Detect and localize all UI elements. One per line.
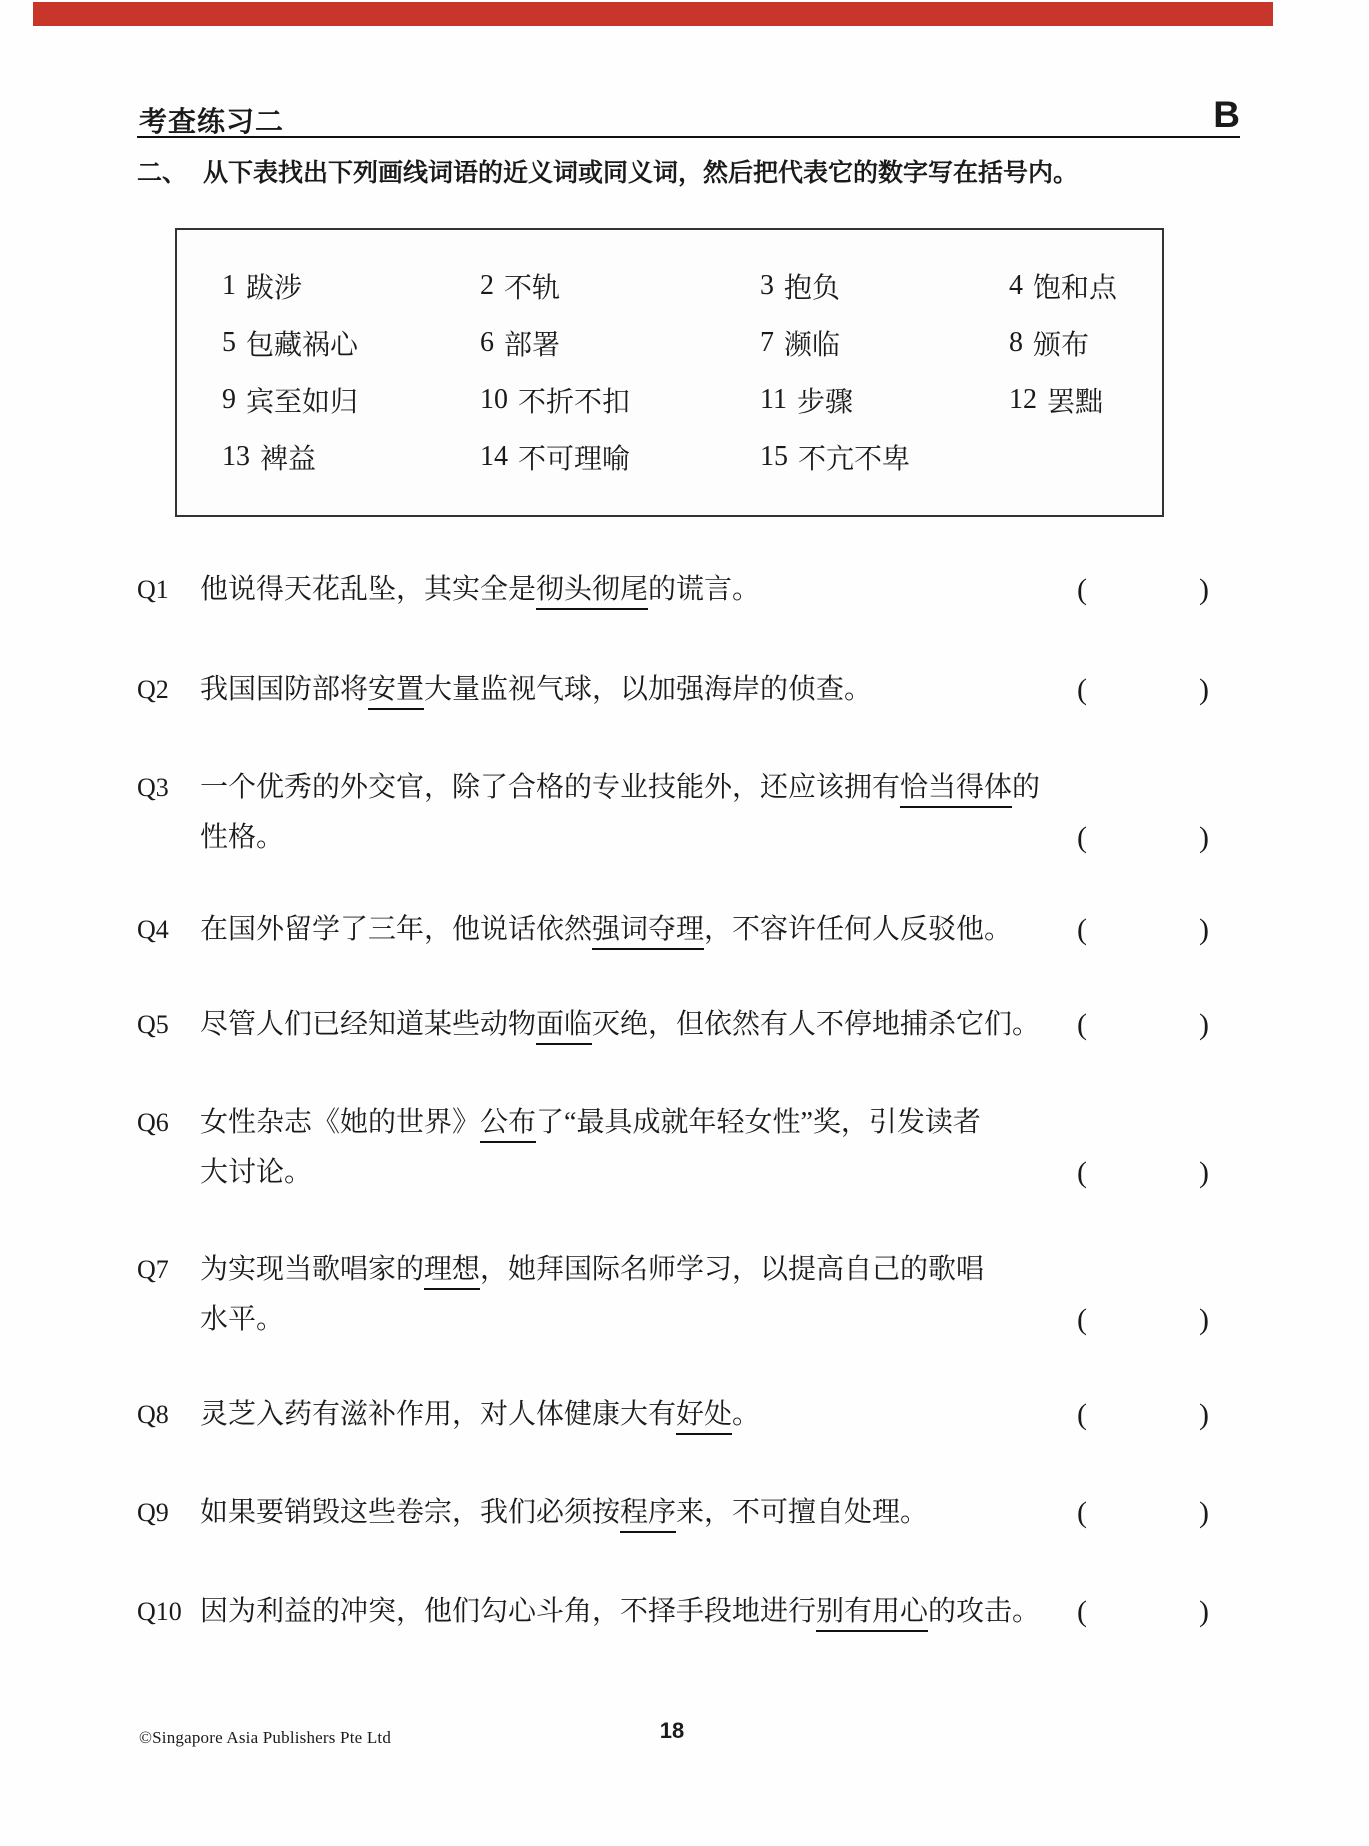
word-text: 罢黜 (1047, 380, 1103, 420)
question-text: 因为利益的冲突，他们勾心斗角，不择手段地进行别有用心的攻击。 (200, 1587, 1120, 1637)
paren-open: ( (1077, 565, 1087, 615)
word-number: 2 (480, 270, 494, 302)
word-number: 8 (1009, 327, 1023, 359)
word-item: 10不折不扣 (480, 371, 760, 428)
word-item: 4饱和点 (1009, 257, 1162, 314)
answer-parens: () (1077, 665, 1209, 715)
word-number: 9 (222, 384, 236, 416)
instruction-number: 二、 (137, 159, 187, 187)
word-text: 不可理喻 (518, 437, 630, 477)
paren-close: ) (1199, 565, 1209, 615)
underlined-word: 好处 (676, 1399, 732, 1435)
underlined-word: 安置 (368, 674, 424, 710)
answer-parens: () (1077, 1148, 1209, 1198)
sentence-segment: 性格。 (200, 822, 284, 853)
sentence-segment: 如果要销毁这些卷宗，我们必须按 (200, 1497, 620, 1528)
question-number: Q10 (137, 1587, 182, 1637)
word-item: 5包藏祸心 (222, 314, 480, 371)
word-number: 3 (760, 270, 774, 302)
word-number: 6 (480, 327, 494, 359)
word-item: 15不亢不卑 (760, 428, 1009, 485)
question-number: Q4 (137, 905, 169, 955)
sentence-segment: 一个优秀的外交官，除了合格的专业技能外，还应该拥有 (200, 772, 900, 803)
word-text: 不折不扣 (518, 380, 630, 420)
sentence-segment: ，她拜国际名师学习，以提高自己的歌唱 (480, 1254, 984, 1285)
question-number: Q2 (137, 665, 169, 715)
paren-close: ) (1199, 1148, 1209, 1198)
question-number: Q7 (137, 1245, 169, 1295)
paren-open: ( (1077, 1000, 1087, 1050)
sentence-segment: 大量监视气球，以加强海岸的侦查。 (424, 674, 872, 705)
sentence-segment: 了“最具成就年轻女性”奖，引发读者 (536, 1107, 981, 1138)
paren-open: ( (1077, 1488, 1087, 1538)
sentence-segment: 他说得天花乱坠，其实全是 (200, 574, 536, 605)
question-text: 我国国防部将安置大量监视气球，以加强海岸的侦查。 (200, 665, 1120, 715)
answer-parens: () (1077, 813, 1209, 863)
word-item: 1跋涉 (222, 257, 480, 314)
sentence-segment: 在国外留学了三年，他说话依然 (200, 914, 592, 945)
page-title: 考查练习二 (139, 100, 284, 140)
answer-parens: () (1077, 1000, 1209, 1050)
question-row: Q7为实现当歌唱家的理想，她拜国际名师学习，以提高自己的歌唱水平。() (137, 1245, 1209, 1345)
word-bank-grid: 1跋涉2不轨3抱负4饱和点5包藏祸心6部署7濒临8颁布9宾至如归10不折不扣11… (177, 230, 1162, 485)
sentence-segment: 大讨论。 (200, 1157, 312, 1188)
question-text: 女性杂志《她的世界》公布了“最具成就年轻女性”奖，引发读者大讨论。 (200, 1098, 1120, 1198)
underlined-word: 恰当得体 (900, 772, 1012, 808)
question-text: 为实现当歌唱家的理想，她拜国际名师学习，以提高自己的歌唱水平。 (200, 1245, 1120, 1345)
word-item: 9宾至如归 (222, 371, 480, 428)
sentence-segment: 水平。 (200, 1304, 284, 1335)
paren-close: ) (1199, 1587, 1209, 1637)
word-number: 11 (760, 384, 787, 416)
paren-open: ( (1077, 665, 1087, 715)
worksheet-page: 考查练习二 B 二、从下表找出下列画线词语的近义词或同义词，然后把代表它的数字写… (0, 0, 1369, 1846)
word-item: 8颁布 (1009, 314, 1162, 371)
question-text: 尽管人们已经知道某些动物面临灭绝，但依然有人不停地捕杀它们。 (200, 1000, 1120, 1050)
paren-close: ) (1199, 1000, 1209, 1050)
word-text: 包藏祸心 (246, 323, 358, 363)
question-text: 在国外留学了三年，他说话依然强词夺理，不容许任何人反驳他。 (200, 905, 1120, 955)
paren-close: ) (1199, 1390, 1209, 1440)
word-text: 步骤 (797, 380, 853, 420)
question-number: Q8 (137, 1390, 169, 1440)
question-row: Q2我国国防部将安置大量监视气球，以加强海岸的侦查。() (137, 665, 1209, 715)
sentence-segment: 的谎言。 (648, 574, 760, 605)
sentence-segment: 来，不可擅自处理。 (676, 1497, 928, 1528)
question-text: 一个优秀的外交官，除了合格的专业技能外，还应该拥有恰当得体的性格。 (200, 763, 1120, 863)
answer-parens: () (1077, 565, 1209, 615)
word-item: 6部署 (480, 314, 760, 371)
word-item: 14不可理喻 (480, 428, 760, 485)
underlined-word: 彻头彻尾 (536, 574, 648, 610)
paren-open: ( (1077, 905, 1087, 955)
question-text: 如果要销毁这些卷宗，我们必须按程序来，不可擅自处理。 (200, 1488, 1120, 1538)
sentence-segment: ，不容许任何人反驳他。 (704, 914, 1012, 945)
paren-close: ) (1199, 1488, 1209, 1538)
question-row: Q8灵芝入药有滋补作用，对人体健康大有好处。() (137, 1390, 1209, 1440)
word-number: 13 (222, 441, 250, 473)
word-item: 2不轨 (480, 257, 760, 314)
question-number: Q1 (137, 565, 169, 615)
word-number: 7 (760, 327, 774, 359)
word-text: 宾至如归 (246, 380, 358, 420)
answer-parens: () (1077, 1587, 1209, 1637)
underlined-word: 公布 (480, 1107, 536, 1143)
paren-open: ( (1077, 1390, 1087, 1440)
word-text: 颁布 (1033, 323, 1089, 363)
word-number: 5 (222, 327, 236, 359)
sentence-segment: 的 (1012, 772, 1040, 803)
word-number: 10 (480, 384, 508, 416)
question-text: 灵芝入药有滋补作用，对人体健康大有好处。 (200, 1390, 1120, 1440)
answer-parens: () (1077, 905, 1209, 955)
sentence-segment: 的攻击。 (928, 1596, 1040, 1627)
word-bank-box: 1跋涉2不轨3抱负4饱和点5包藏祸心6部署7濒临8颁布9宾至如归10不折不扣11… (175, 228, 1164, 517)
word-number: 15 (760, 441, 788, 473)
word-item: 13裨益 (222, 428, 480, 485)
underlined-word: 面临 (536, 1009, 592, 1045)
word-text: 抱负 (784, 266, 840, 306)
copyright-text: ©Singapore Asia Publishers Pte Ltd (139, 1728, 391, 1748)
word-number: 4 (1009, 270, 1023, 302)
word-item: 12罢黜 (1009, 371, 1162, 428)
question-row: Q10因为利益的冲突，他们勾心斗角，不择手段地进行别有用心的攻击。() (137, 1587, 1209, 1637)
underlined-word: 强词夺理 (592, 914, 704, 950)
sentence-segment: 我国国防部将 (200, 674, 368, 705)
question-row: Q5尽管人们已经知道某些动物面临灭绝，但依然有人不停地捕杀它们。() (137, 1000, 1209, 1050)
paren-open: ( (1077, 1587, 1087, 1637)
sentence-segment: 为实现当歌唱家的 (200, 1254, 424, 1285)
word-text: 裨益 (260, 437, 316, 477)
answer-parens: () (1077, 1295, 1209, 1345)
paren-close: ) (1199, 665, 1209, 715)
word-number: 1 (222, 270, 236, 302)
sentence-segment: 因为利益的冲突，他们勾心斗角，不择手段地进行 (200, 1596, 816, 1627)
question-row: Q6女性杂志《她的世界》公布了“最具成就年轻女性”奖，引发读者大讨论。() (137, 1098, 1209, 1198)
question-text: 他说得天花乱坠，其实全是彻头彻尾的谎言。 (200, 565, 1120, 615)
sentence-segment: 尽管人们已经知道某些动物 (200, 1009, 536, 1040)
word-item: 11步骤 (760, 371, 1009, 428)
header-divider (137, 136, 1240, 138)
paren-open: ( (1077, 1148, 1087, 1198)
sentence-segment: 。 (732, 1399, 760, 1430)
underlined-word: 程序 (620, 1497, 676, 1533)
paren-open: ( (1077, 813, 1087, 863)
paren-close: ) (1199, 1295, 1209, 1345)
sentence-segment: 女性杂志《她的世界》 (200, 1107, 480, 1138)
answer-parens: () (1077, 1488, 1209, 1538)
word-text: 部署 (504, 323, 560, 363)
word-text: 濒临 (784, 323, 840, 363)
paren-open: ( (1077, 1295, 1087, 1345)
word-number: 12 (1009, 384, 1037, 416)
answer-parens: () (1077, 1390, 1209, 1440)
exercise-instruction: 二、从下表找出下列画线词语的近义词或同义词，然后把代表它的数字写在括号内。 (137, 158, 1247, 188)
question-number: Q3 (137, 763, 169, 813)
word-text: 不亢不卑 (798, 437, 910, 477)
word-text: 不轨 (504, 266, 560, 306)
question-number: Q9 (137, 1488, 169, 1538)
question-number: Q6 (137, 1098, 169, 1148)
question-row: Q4在国外留学了三年，他说话依然强词夺理，不容许任何人反驳他。() (137, 905, 1209, 955)
page-number: 18 (648, 1718, 696, 1744)
word-item: 7濒临 (760, 314, 1009, 371)
instruction-text: 从下表找出下列画线词语的近义词或同义词，然后把代表它的数字写在括号内。 (203, 159, 1078, 187)
section-corner-label: B (1165, 96, 1240, 134)
top-red-bar (33, 2, 1273, 26)
question-number: Q5 (137, 1000, 169, 1050)
question-row: Q3一个优秀的外交官，除了合格的专业技能外，还应该拥有恰当得体的性格。() (137, 763, 1209, 863)
word-item: 3抱负 (760, 257, 1009, 314)
paren-close: ) (1199, 905, 1209, 955)
word-number: 14 (480, 441, 508, 473)
sentence-segment: 灭绝，但依然有人不停地捕杀它们。 (592, 1009, 1040, 1040)
question-row: Q1他说得天花乱坠，其实全是彻头彻尾的谎言。() (137, 565, 1209, 615)
question-row: Q9如果要销毁这些卷宗，我们必须按程序来，不可擅自处理。() (137, 1488, 1209, 1538)
underlined-word: 理想 (424, 1254, 480, 1290)
sentence-segment: 灵芝入药有滋补作用，对人体健康大有 (200, 1399, 676, 1430)
paren-close: ) (1199, 813, 1209, 863)
underlined-word: 别有用心 (816, 1596, 928, 1632)
word-text: 跋涉 (246, 266, 302, 306)
word-text: 饱和点 (1033, 266, 1117, 306)
